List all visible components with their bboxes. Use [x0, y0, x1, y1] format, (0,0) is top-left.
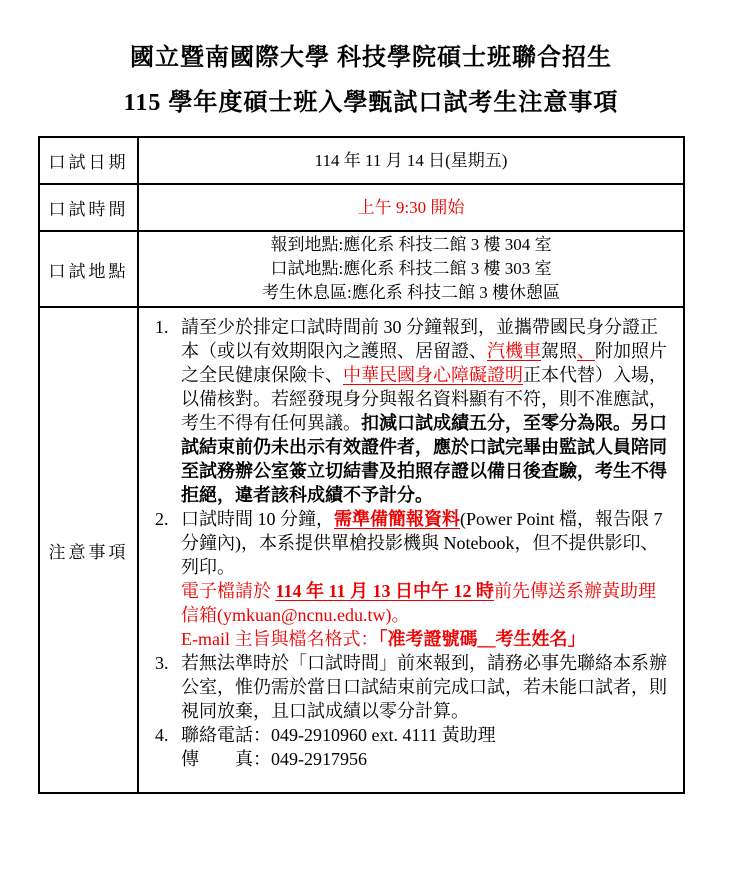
note-paragraph: 聯絡電話：049-2910960 ext. 4111 黃助理	[181, 723, 669, 747]
note-number: 2.	[155, 507, 169, 531]
content-line: 口試地點:應化系 科技二館 3 樓 303 室	[140, 257, 682, 281]
emphasis-text-run: E-mail 主旨與檔名格式：	[181, 629, 378, 649]
emphasis-text-run: 電子檔請於	[181, 581, 276, 601]
note-number: 4.	[155, 723, 169, 747]
note-item: 4.聯絡電話：049-2910960 ext. 4111 黃助理傳 真：049-…	[153, 723, 669, 771]
content-line: 報到地點:應化系 科技二館 3 樓 304 室	[140, 233, 682, 257]
info-table: 口試日期 114 年 11 月 14 日(星期五) 口試時間 上午 9:30 開…	[38, 136, 685, 794]
note-item: 1.請至少於排定口試時間前 30 分鐘報到，並攜帶國民身分證正本（或以有效期限內…	[153, 315, 669, 507]
text-run: 口試時間 10 分鐘，	[181, 509, 334, 529]
emphasis-text-run: 、	[577, 341, 595, 361]
table-row-exam-time: 口試時間 上午 9:30 開始	[39, 184, 684, 231]
row-label-notes: 注意事項	[39, 307, 138, 793]
text-run: 傳 真：049-2917956	[181, 749, 367, 769]
table-row-exam-date: 口試日期 114 年 11 月 14 日(星期五)	[39, 137, 684, 184]
row-content-exam-date: 114 年 11 月 14 日(星期五)	[138, 137, 684, 184]
row-label-exam-location: 口試地點	[39, 231, 138, 307]
table-row-exam-location: 口試地點 報到地點:應化系 科技二館 3 樓 304 室口試地點:應化系 科技二…	[39, 231, 684, 307]
text-run: 報到地點:應化系 科技二館 3 樓 304 室	[271, 235, 552, 254]
emphasis-text-run: 114 年 11 月 13 日中午 12 時	[276, 581, 495, 601]
document-page: 國立暨南國際大學 科技學院碩士班聯合招生 115 學年度碩士班入學甄試口試考生注…	[0, 0, 742, 874]
note-item: 3.若無法準時於「口試時間」前來報到，請務必事先聯絡本系辦公室，惟仍需於當日口試…	[153, 651, 669, 723]
note-item: 2.口試時間 10 分鐘，需準備簡報資料(Power Point 檔，報告限 7…	[153, 507, 669, 651]
content-line: 考生休息區:應化系 科技二館 3 樓休憩區	[140, 281, 682, 305]
content-line: 上午 9:30 開始	[140, 196, 682, 220]
note-paragraph: 若無法準時於「口試時間」前來報到，請務必事先聯絡本系辦公室，惟仍需於當日口試結束…	[181, 651, 669, 723]
note-paragraph: 請至少於排定口試時間前 30 分鐘報到，並攜帶國民身分證正本（或以有效期限內之護…	[181, 315, 669, 507]
text-run: 聯絡電話：049-2910960 ext. 4111 黃助理	[181, 725, 496, 745]
row-label-exam-date: 口試日期	[39, 137, 138, 184]
note-number: 3.	[155, 651, 169, 675]
row-label-exam-time: 口試時間	[39, 184, 138, 231]
emphasis-text-run: 中華民國身心障礙證明	[343, 365, 523, 385]
document-title-block: 國立暨南國際大學 科技學院碩士班聯合招生 115 學年度碩士班入學甄試口試考生注…	[0, 0, 742, 115]
notes-content: 1.請至少於排定口試時間前 30 分鐘報到，並攜帶國民身分證正本（或以有效期限內…	[138, 307, 684, 793]
note-paragraph: E-mail 主旨與檔名格式：「准考證號碼__考生姓名」	[181, 627, 669, 651]
content-line: 114 年 11 月 14 日(星期五)	[140, 149, 682, 173]
text-run: 114 年 11 月 14 日(星期五)	[315, 151, 508, 170]
note-body: 聯絡電話：049-2910960 ext. 4111 黃助理傳 真：049-29…	[181, 723, 669, 771]
note-paragraph: 口試時間 10 分鐘，需準備簡報資料(Power Point 檔，報告限 7 分…	[181, 507, 669, 579]
emphasis-text-run: 汽機車	[487, 341, 541, 361]
table-row-notes: 注意事項 1.請至少於排定口試時間前 30 分鐘報到，並攜帶國民身分證正本（或以…	[39, 307, 684, 793]
note-paragraph: 傳 真：049-2917956	[181, 747, 669, 771]
note-body: 口試時間 10 分鐘，需準備簡報資料(Power Point 檔，報告限 7 分…	[181, 507, 669, 651]
text-run: 駕照	[541, 341, 577, 361]
text-run: 若無法準時於「口試時間」前來報到，請務必事先聯絡本系辦公室，惟仍需於當日口試結束…	[181, 653, 667, 721]
row-content-exam-location: 報到地點:應化系 科技二館 3 樓 304 室口試地點:應化系 科技二館 3 樓…	[138, 231, 684, 307]
emphasis-text-run: 上午 9:30 開始	[358, 198, 465, 217]
emphasis-text-run: 「准考證號碼__考生姓名」	[378, 629, 585, 649]
page-title: 國立暨南國際大學 科技學院碩士班聯合招生	[0, 46, 742, 70]
emphasis-text-run: 需準備簡報資料	[334, 509, 460, 529]
text-run: 考生休息區:應化系 科技二館 3 樓休憩區	[262, 283, 560, 302]
page-subtitle: 115 學年度碩士班入學甄試口試考生注意事項	[0, 91, 742, 115]
row-content-exam-time: 上午 9:30 開始	[138, 184, 684, 231]
text-run: 口試地點:應化系 科技二館 3 樓 303 室	[271, 259, 552, 278]
note-number: 1.	[155, 315, 169, 339]
note-body: 請至少於排定口試時間前 30 分鐘報到，並攜帶國民身分證正本（或以有效期限內之護…	[181, 315, 669, 507]
note-body: 若無法準時於「口試時間」前來報到，請務必事先聯絡本系辦公室，惟仍需於當日口試結束…	[181, 651, 669, 723]
note-paragraph: 電子檔請於 114 年 11 月 13 日中午 12 時前先傳送系辦黃助理信箱(…	[181, 579, 669, 627]
